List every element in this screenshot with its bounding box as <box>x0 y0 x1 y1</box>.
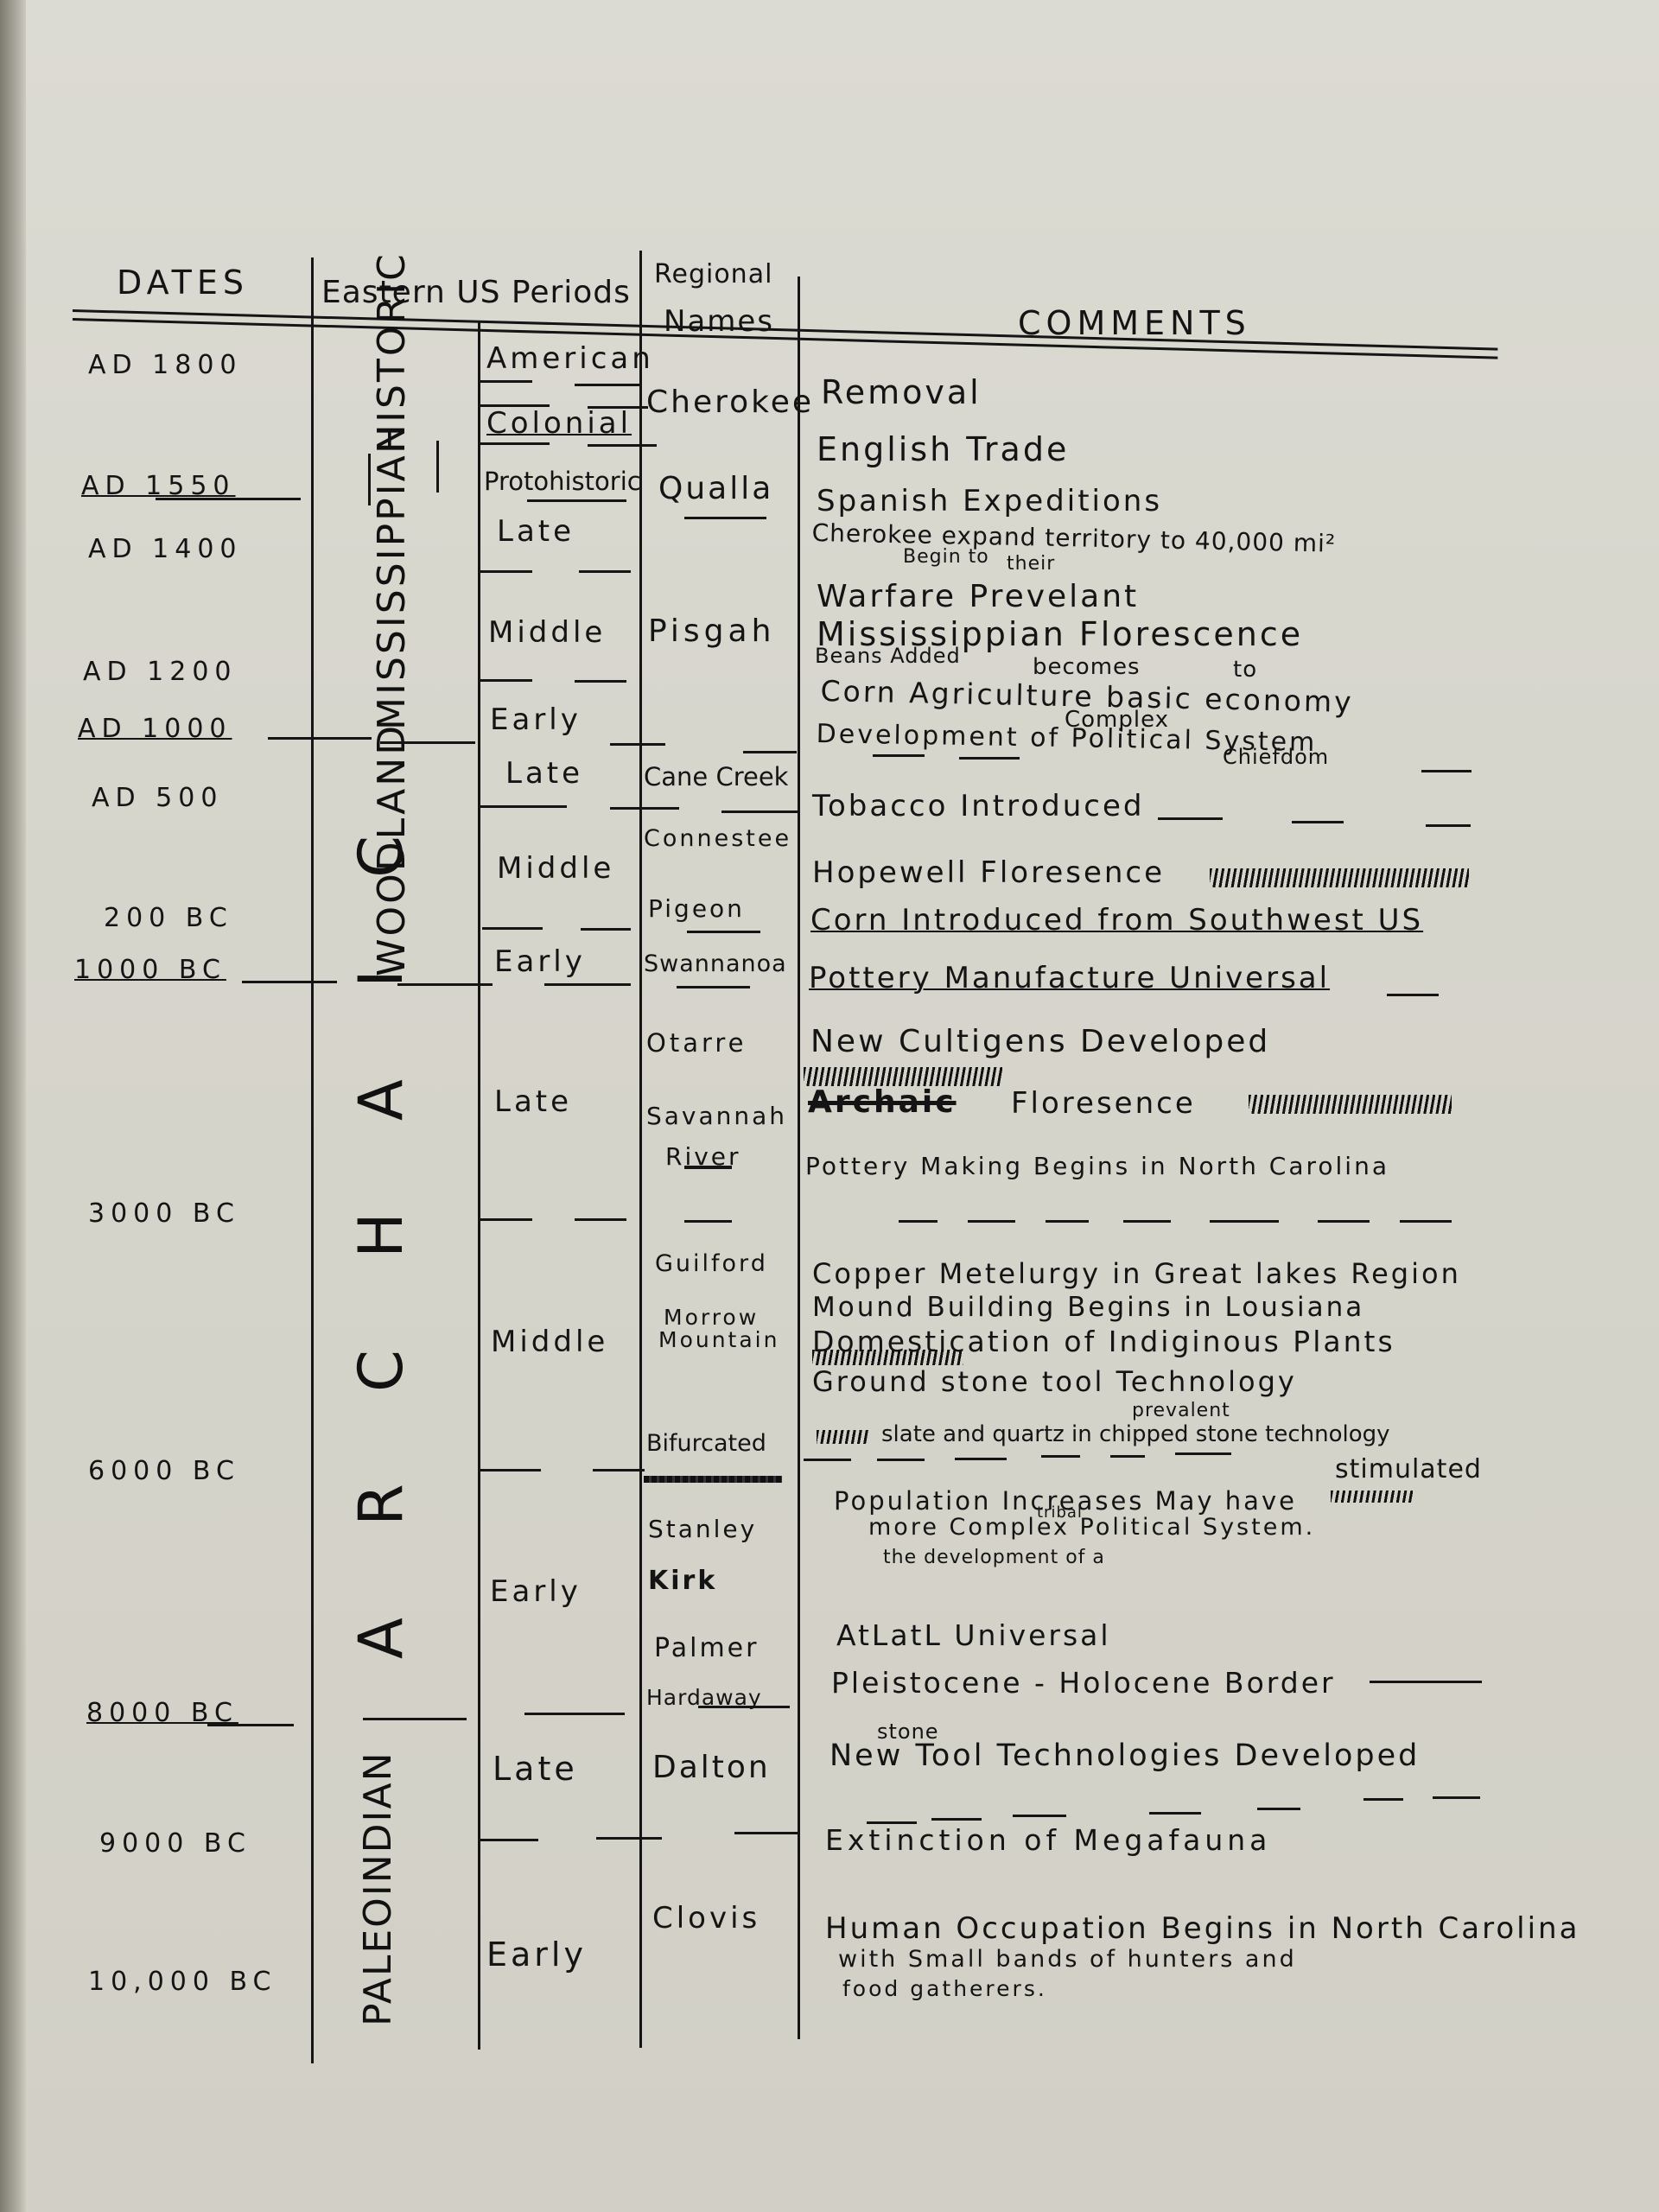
subperiod-early: Early <box>490 1574 582 1609</box>
comment-new-tool: New Tool Technologies Developed <box>829 1738 1420 1773</box>
region-mountain: Mountain <box>658 1327 779 1352</box>
period-mississippian: MISSISSIPPIAN <box>370 422 414 730</box>
subperiod-late: Late <box>505 756 583 791</box>
date-label: AD 1550 <box>81 471 236 501</box>
comment-corn-introduced: Corn Introduced from Southwest US <box>810 903 1423 938</box>
boundary-dash <box>1363 1798 1403 1801</box>
comment-beans-added: Beans Added <box>815 644 961 668</box>
crossed-out-text <box>812 1350 963 1365</box>
subperiod-boundary <box>575 384 642 386</box>
subperiod-early: Early <box>494 944 586 979</box>
date-label: 6000 BC <box>88 1456 240 1486</box>
region-bifurcated: Bifurcated <box>646 1430 766 1457</box>
region-underline <box>687 931 760 933</box>
boundary-dash <box>1041 1455 1080 1458</box>
crossed-out-text <box>1210 868 1469 887</box>
region-stanley: Stanley <box>648 1515 757 1543</box>
subperiod-boundary <box>480 1469 541 1471</box>
comment-tobacco: Tobacco Introduced <box>812 789 1144 823</box>
region-savannah: Savannah <box>646 1102 787 1130</box>
comment-insert-begin-to: Begin to <box>903 546 989 568</box>
boundary-dash <box>1175 1452 1231 1455</box>
comment-extinction: Extinction of Megafauna <box>825 1823 1271 1857</box>
column-divider-subperiods <box>639 251 642 2048</box>
date-label: AD 1400 <box>88 534 243 564</box>
boundary-dash <box>804 1459 851 1461</box>
boundary-dash <box>899 1220 938 1223</box>
comment-insert-becomes: becomes <box>1033 654 1141 680</box>
subperiod-boundary <box>480 404 550 407</box>
date-label: AD 1200 <box>83 657 238 687</box>
subperiod-boundary <box>480 570 532 573</box>
crossed-out-text <box>1331 1491 1413 1503</box>
region-pigeon: Pigeon <box>648 894 745 923</box>
period-paleoindian: PALEOINDIAN <box>356 1751 400 2026</box>
subperiod-boundary <box>480 805 567 808</box>
subperiod-middle: Middle <box>497 851 614 886</box>
boundary-dash <box>1149 1812 1201 1815</box>
subperiod-boundary <box>544 983 631 986</box>
comment-mound-building: Mound Building Begins in Lousiana <box>812 1292 1364 1323</box>
date-label: AD 500 <box>92 783 223 813</box>
subperiod-boundary <box>579 570 631 573</box>
subperiod-early: Early <box>490 702 582 737</box>
boundary-dash <box>1400 1220 1452 1223</box>
column-divider-regional <box>798 276 800 2039</box>
comment-atlatl: AtLatL Universal <box>836 1618 1111 1652</box>
subperiod-boundary <box>593 1469 645 1471</box>
date-label: AD 1800 <box>88 350 243 380</box>
subperiod-boundary <box>480 1218 532 1221</box>
subperiod-boundary <box>527 499 626 502</box>
boundary-dash <box>1123 1220 1171 1223</box>
subperiod-boundary <box>610 807 679 810</box>
comment-slate-quartz: slate and quartz in chipped stone techno… <box>881 1421 1390 1447</box>
header-names: Names <box>664 304 774 339</box>
subperiod-early: Early <box>486 1935 587 1974</box>
comment-pleistocene: Pleistocene - Holocene Border <box>831 1666 1336 1700</box>
comment-insert-prevalent: prevalent <box>1132 1400 1230 1421</box>
comment-insert-to: to <box>1233 657 1257 683</box>
crossed-out-text <box>817 1430 868 1444</box>
header-eastern-us-periods: Eastern US Periods <box>321 275 631 310</box>
boundary-dash <box>1210 1220 1279 1223</box>
boundary-dash <box>1433 1796 1480 1799</box>
comment-floresence: Floresence <box>1011 1086 1196 1121</box>
region-boundary <box>721 810 799 813</box>
boundary-dash <box>1013 1815 1066 1817</box>
boundary-dash <box>877 1459 925 1461</box>
region-boundary <box>684 1166 732 1168</box>
date-label: 9000 BC <box>99 1828 251 1859</box>
region-boundary <box>743 751 797 753</box>
comment-new-cultigens: New Cultigens Developed <box>810 1024 1270 1059</box>
subperiod-boundary <box>482 927 543 930</box>
subperiod-boundary <box>588 406 648 409</box>
subperiod-middle: Middle <box>488 615 606 650</box>
subperiod-boundary <box>588 444 657 447</box>
subperiod-protohistoric: Protohistoric <box>484 467 641 496</box>
date-label: AD 1000 <box>78 714 232 744</box>
subperiod-boundary <box>575 680 626 683</box>
boundary-dash <box>1110 1455 1145 1458</box>
region-underline <box>698 1706 790 1708</box>
region-qualla: Qualla <box>658 471 773 506</box>
comment-pottery-making: Pottery Making Begins in North Carolina <box>805 1152 1389 1180</box>
comment-insert-chiefdom: Chiefdom <box>1223 745 1329 769</box>
period-boundary <box>380 741 475 744</box>
boundary-dash <box>1426 824 1471 827</box>
comment-hopewell: Hopewell Floresence <box>812 855 1165 890</box>
comment-ground-stone: Ground stone tool Technology <box>812 1365 1297 1398</box>
comment-copper: Copper Metelurgy in Great lakes Region <box>812 1257 1461 1290</box>
comment-archaic-crossed: Archaic <box>808 1084 957 1120</box>
boundary-dash <box>1158 817 1223 820</box>
region-otarre: Otarre <box>646 1028 747 1058</box>
period-historic: HISTORIC <box>370 251 414 454</box>
subperiod-late: Late <box>493 1750 578 1788</box>
region-cane-creek: Cane Creek <box>644 762 788 791</box>
date-label: 200 BC <box>104 903 233 933</box>
crossed-out-text <box>1249 1095 1452 1114</box>
date-label: 10,000 BC <box>88 1967 277 1997</box>
boundary-dash <box>968 1220 1015 1223</box>
subperiod-boundary <box>480 380 532 383</box>
region-boundary <box>734 1832 800 1834</box>
column-divider-dates <box>311 257 314 2063</box>
subperiod-boundary <box>524 1713 625 1715</box>
period-separator <box>436 441 439 493</box>
region-underline <box>677 986 750 988</box>
header-dates: DATES <box>117 264 249 302</box>
region-cherokee: Cherokee <box>646 385 814 420</box>
comment-english-trade: English Trade <box>817 430 1069 468</box>
region-connestee: Connestee <box>644 825 791 852</box>
subperiod-boundary <box>480 679 532 682</box>
boundary-dash <box>955 1458 1007 1460</box>
comment-removal: Removal <box>821 373 982 411</box>
boundary-dash <box>873 754 925 757</box>
subperiod-boundary <box>596 1837 662 1840</box>
header-regional: Regional <box>654 259 772 289</box>
subperiod-middle: Middle <box>491 1325 608 1359</box>
region-dalton: Dalton <box>652 1750 771 1785</box>
subperiod-late: Late <box>494 1084 572 1119</box>
region-boundary <box>684 1220 732 1223</box>
comment-the-development: the development of a <box>883 1547 1105 1568</box>
boundary-dash <box>1292 821 1344 823</box>
comment-pottery-manufacture: Pottery Manufacture Universal <box>809 961 1330 995</box>
date-label: 1000 BC <box>74 955 226 985</box>
subperiod-boundary <box>480 442 550 445</box>
comment-spanish-expeditions: Spanish Expeditions <box>817 484 1162 518</box>
subperiod-boundary <box>610 743 665 746</box>
date-label: 3000 BC <box>88 1198 240 1229</box>
comment-warfare: Warfare Prevelant <box>817 579 1139 614</box>
comment-insert-stimulated: stimulated <box>1335 1454 1482 1484</box>
region-morrow: Morrow <box>664 1305 759 1330</box>
region-swannanoa: Swannanoa <box>644 950 787 977</box>
period-separator <box>368 454 371 505</box>
comment-insert-their: their <box>1007 553 1055 575</box>
crossed-out-text <box>804 1067 1002 1086</box>
boundary-dash <box>1421 770 1471 772</box>
subperiod-american: American <box>486 341 654 376</box>
subperiod-boundary <box>581 928 631 931</box>
region-guilford: Guilford <box>655 1250 768 1277</box>
period-archaic: A R C H A I C <box>346 799 416 1659</box>
comment-small-bands: with Small bands of hunters and <box>838 1946 1297 1973</box>
boundary-dash <box>1046 1220 1089 1223</box>
period-boundary <box>363 1718 467 1720</box>
subperiod-boundary <box>478 1839 538 1841</box>
region-pisgah: Pisgah <box>648 613 775 649</box>
boundary-dash <box>959 757 1020 760</box>
boundary-dash <box>1257 1808 1300 1810</box>
crossed-out-text <box>644 1476 782 1483</box>
date-boundary <box>242 981 337 983</box>
subperiod-colonial: Colonial <box>486 406 632 441</box>
subperiod-late: Late <box>497 514 575 549</box>
subperiod-boundary <box>575 1218 626 1221</box>
region-kirk: Kirk <box>648 1566 717 1596</box>
region-palmer: Palmer <box>654 1633 759 1663</box>
boundary-dash <box>1387 994 1439 996</box>
boundary-dash <box>1370 1681 1482 1683</box>
comment-more-complex: more Complex Political System. <box>868 1514 1315 1541</box>
boundary-dash <box>1318 1220 1370 1223</box>
comment-human-occupation: Human Occupation Begins in North Carolin… <box>825 1911 1580 1946</box>
region-clovis: Clovis <box>652 1901 760 1935</box>
date-boundary <box>156 498 301 500</box>
date-boundary <box>268 737 372 740</box>
boundary-dash <box>931 1818 982 1821</box>
column-divider-periods <box>478 321 480 2050</box>
date-boundary <box>207 1724 294 1726</box>
region-underline <box>684 517 766 519</box>
comment-food-gatherers: food gatherers. <box>842 1976 1047 2001</box>
